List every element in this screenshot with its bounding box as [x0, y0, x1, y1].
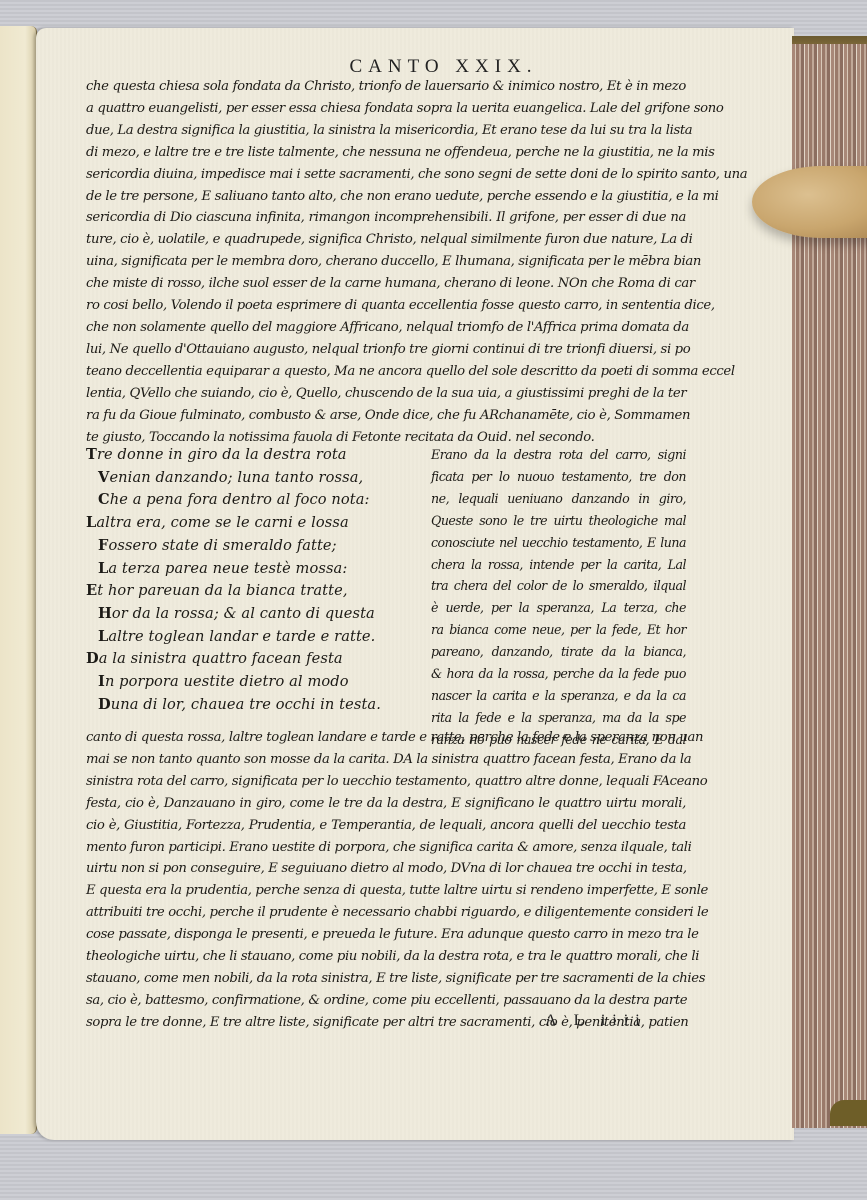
- text-line: ture, cio è, uolatile, e quadrupede, sig…: [86, 229, 686, 251]
- text-line: teano deccellentia equiparar a questo, M…: [86, 361, 686, 383]
- commentary-top: che questa chiesa sola fondata da Christ…: [86, 76, 686, 448]
- verse-line: La terza parea neue testè mossa:: [86, 558, 426, 581]
- text-line: che miste di rosso, ilche suol esser de …: [86, 273, 686, 295]
- text-line: de le tre persone, E saliuano tanto alto…: [86, 186, 686, 208]
- text-line: ra bianca come neue, per la fede, Et hor: [431, 619, 686, 641]
- text-line: sericordia di Dio ciascuna infinita, rim…: [86, 207, 686, 229]
- verse-line: Da la sinistra quattro facean festa: [86, 648, 426, 671]
- text-line: uina, significata per le membra doro, ch…: [86, 251, 686, 273]
- verse-line: Laltre toglean landar e tarde e ratte.: [86, 626, 426, 649]
- text-line: E questa era la prudentia, perche senza …: [86, 880, 686, 902]
- text-line: chera la rossa, intende per la carita, L…: [431, 554, 686, 576]
- signature-mark: A L iiii: [545, 1012, 647, 1030]
- text-line: Erano da la destra rota del carro, signi: [431, 444, 686, 466]
- text-line: sericordia diuina, impedisce mai i sette…: [86, 164, 686, 186]
- commentary-bottom: canto di questa rossa, laltre toglean la…: [86, 727, 686, 1034]
- text-line: cose passate, disponga le presenti, e pr…: [86, 924, 686, 946]
- text-line: uirtu non si pon conseguire, E seguiuano…: [86, 858, 686, 880]
- text-line: ro cosi bello, Volendo il poeta esprimer…: [86, 295, 686, 317]
- text-line: cio è, Giustitia, Fortezza, Prudentia, e…: [86, 815, 686, 837]
- text-line: stauano, come men nobili, da la rota sin…: [86, 968, 686, 990]
- text-line: due, La destra significa la giustitia, l…: [86, 120, 686, 142]
- text-line: sa, cio è, battesmo, confirmatione, & or…: [86, 990, 686, 1012]
- verse-line: In porpora uestite dietro al modo: [86, 671, 426, 694]
- text-line: sinistra rota del carro, significata per…: [86, 771, 686, 793]
- text-line: festa, cio è, Danzauano in giro, come le…: [86, 793, 686, 815]
- verse-line: Venian danzando; luna tanto rossa,: [86, 467, 426, 490]
- text-line: mai se non tanto quanto son mosse da la …: [86, 749, 686, 771]
- text-line: Queste sono le tre uirtu theologiche mal: [431, 510, 686, 532]
- text-line: lui, Ne quello d'Ottauiano augusto, nelq…: [86, 339, 686, 361]
- text-line: mento furon participi. Erano uestite di …: [86, 837, 686, 859]
- text-line: di mezo, e laltre tre e tre liste talmen…: [86, 142, 686, 164]
- book-cover-corner: [830, 1100, 867, 1126]
- text-line: a quattro euangelisti, per esser essa ch…: [86, 98, 686, 120]
- running-head: CANTO XXIX.: [0, 56, 867, 78]
- text-line: ne, lequali ueniuano danzando in giro,: [431, 488, 686, 510]
- verse-line: Che a pena fora dentro al foco nota:: [86, 489, 426, 512]
- text-line: che questa chiesa sola fondata da Christ…: [86, 76, 686, 98]
- verse-line: Et hor pareuan da la bianca tratte,: [86, 580, 426, 603]
- text-line: tra chera del color de lo smeraldo, ilqu…: [431, 575, 686, 597]
- text-line: canto di questa rossa, laltre toglean la…: [86, 727, 686, 749]
- text-line: lentia, QVello che suiando, cio è, Quell…: [86, 383, 686, 405]
- verse-line: Laltra era, come se le carni e lossa: [86, 512, 426, 535]
- text-line: ra fu da Gioue fulminato, combusto & ars…: [86, 405, 686, 427]
- verse-line: Duna di lor, chauea tre occhi in testa.: [86, 694, 426, 717]
- text-line: conosciute nel uecchio testamento, E lun…: [431, 532, 686, 554]
- verse-line: Fossero state di smeraldo fatte;: [86, 535, 426, 558]
- facing-page-edge: [0, 26, 37, 1134]
- text-line: è uerde, per la speranza, La terza, che: [431, 597, 686, 619]
- commentary-side: Erano da la destra rota del carro, signi…: [431, 444, 686, 751]
- text-line: theologiche uirtu, che li stauano, come …: [86, 946, 686, 968]
- text-line: pareano, danzando, tirate da la bianca,: [431, 641, 686, 663]
- text-line: ficata per lo nuouo testamento, tre don: [431, 466, 686, 488]
- text-line: nascer la carita e la speranza, e da la …: [431, 685, 686, 707]
- text-line: rita la fede e la speranza, ma da la spe: [431, 707, 686, 729]
- text-line: che non solamente quello del maggiore Af…: [86, 317, 686, 339]
- text-line: & hora da la rossa, perche da la fede pu…: [431, 663, 686, 685]
- verse-line: Tre donne in giro da la destra rota: [86, 444, 426, 467]
- verse-block: Tre donne in giro da la destra rota Veni…: [86, 444, 426, 716]
- text-line: attribuiti tre occhi, perche il prudente…: [86, 902, 686, 924]
- verse-line: Hor da la rossa; & al canto di questa: [86, 603, 426, 626]
